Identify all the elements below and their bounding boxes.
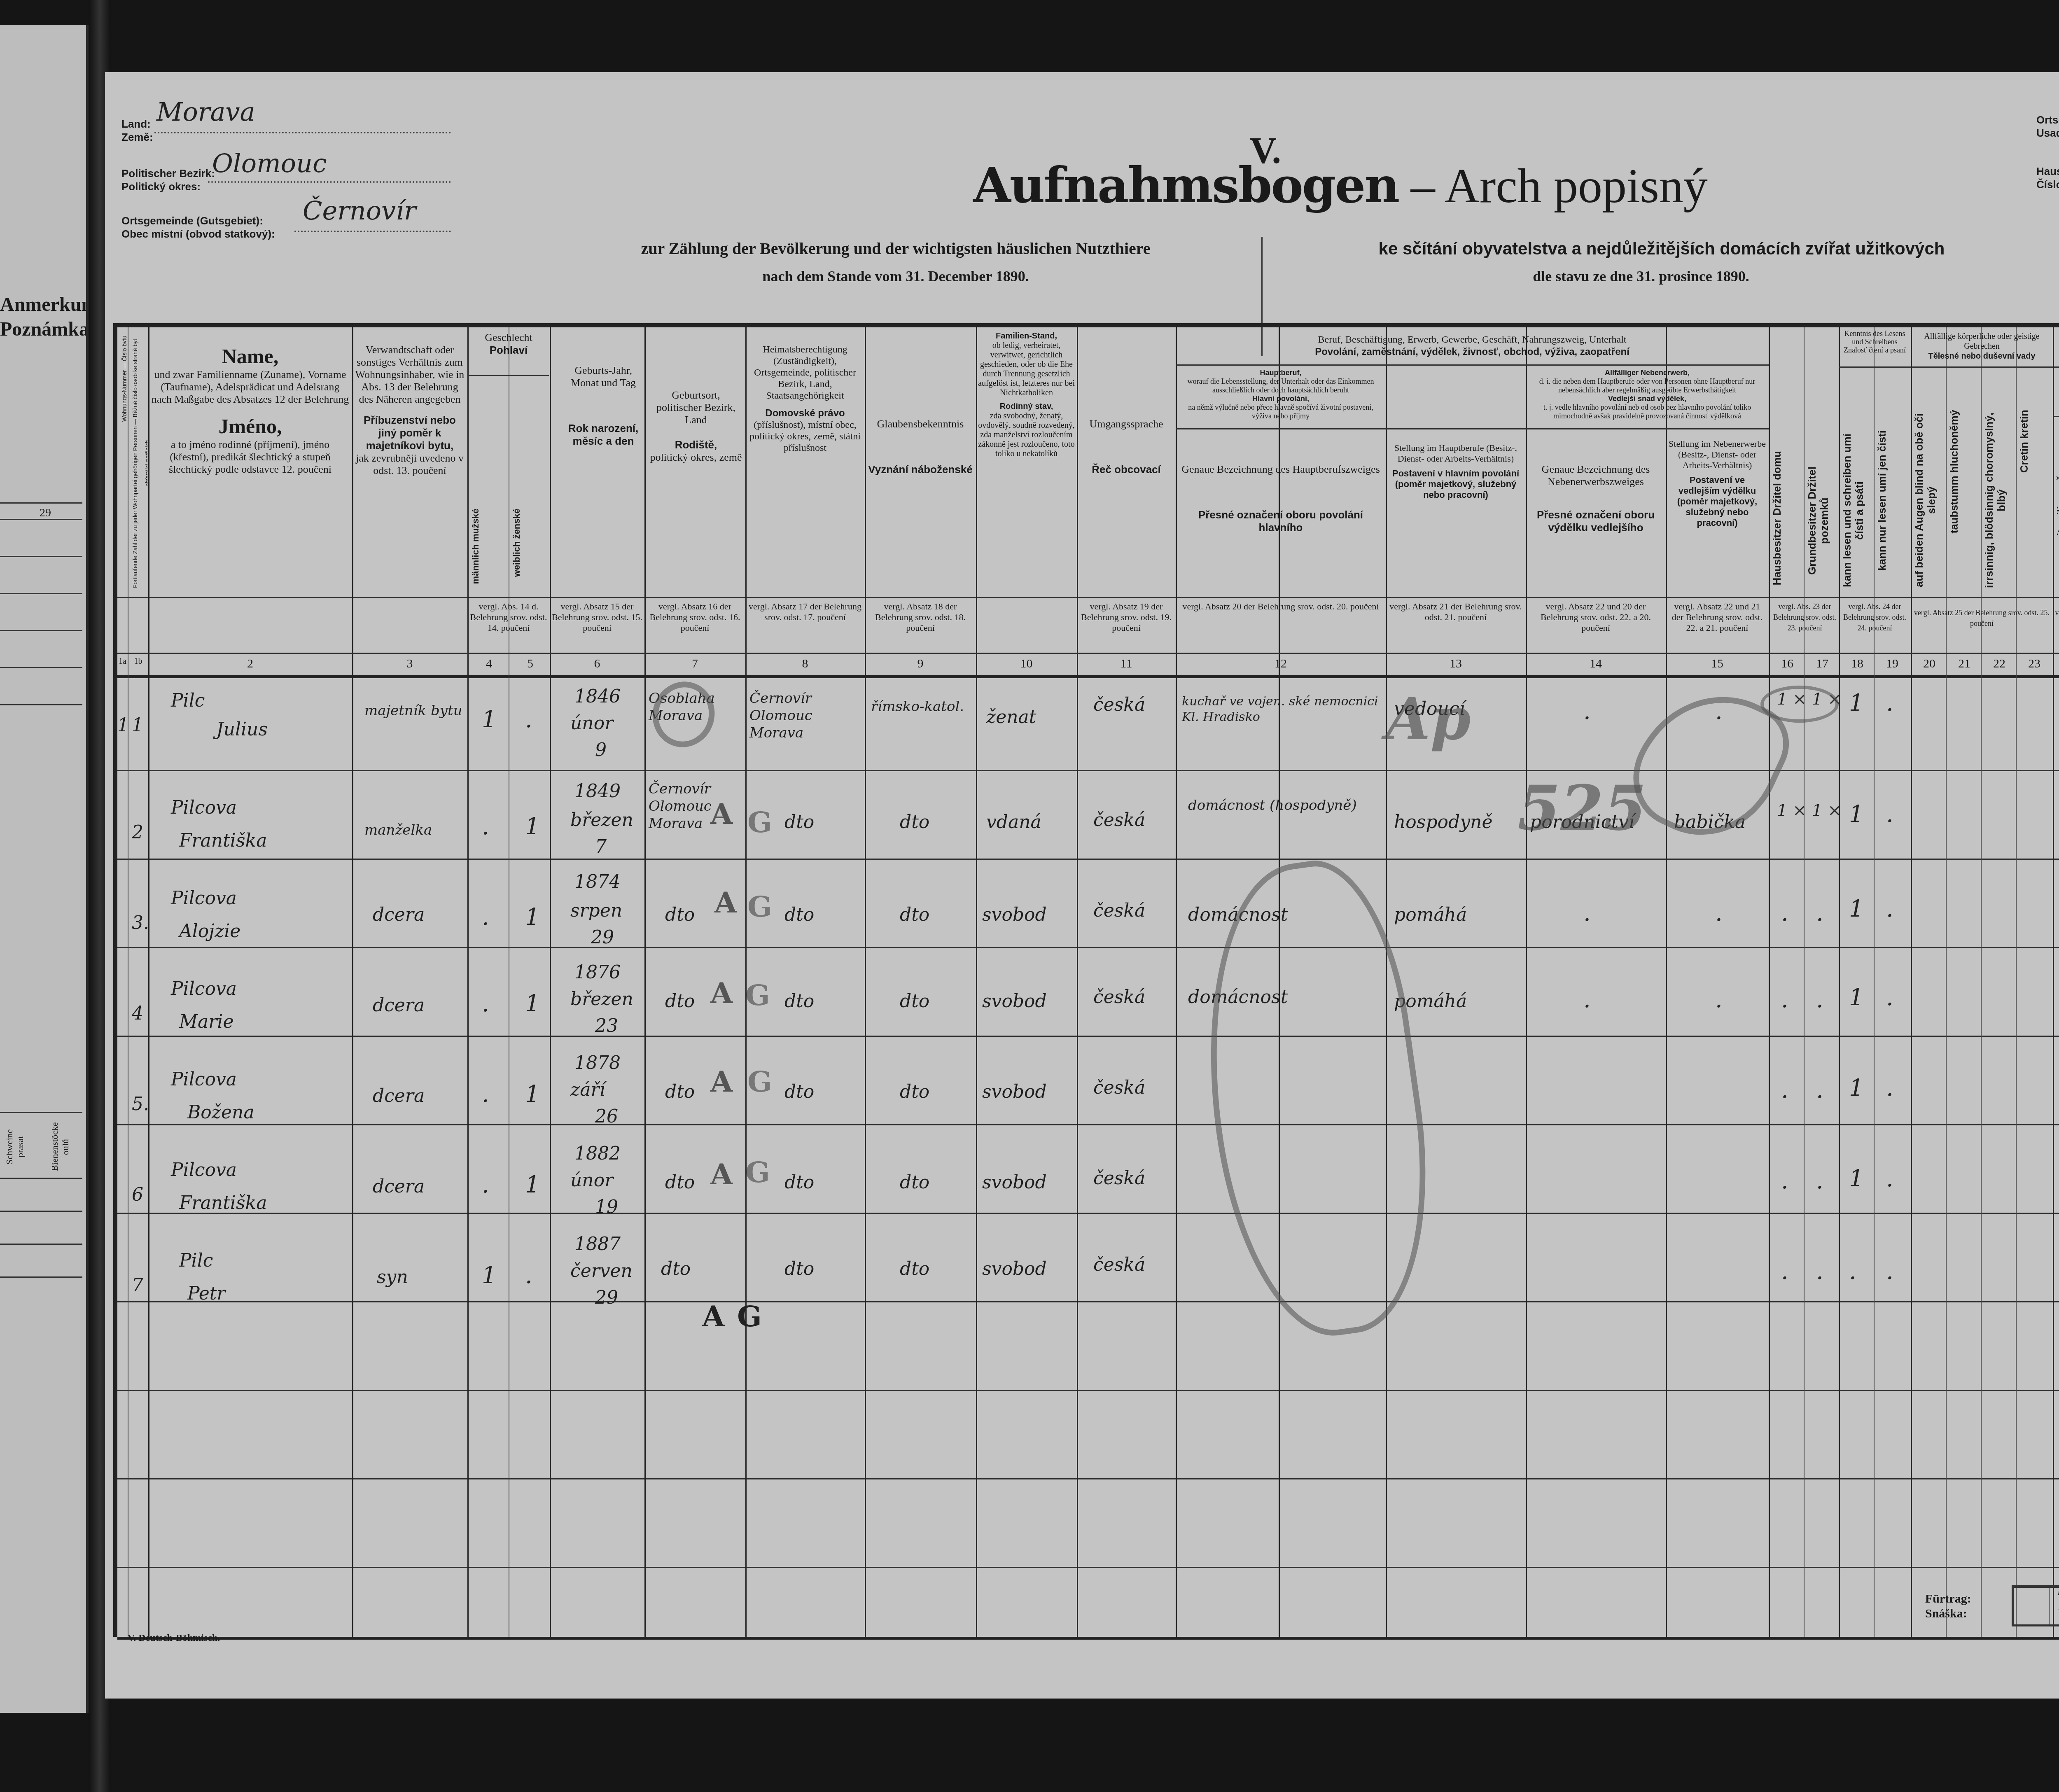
col-22-header: irrsinnig, blödsinnig choromyslný, blbý: [1983, 410, 2008, 591]
birthplace: dto: [665, 1171, 695, 1194]
birth-month: červen: [570, 1260, 633, 1282]
ref-col-12: vergl. Absatz 20 der Belehrung srov. ods…: [1178, 601, 1384, 612]
col-20-header: auf beiden Augen blind na obě oči slepý: [1913, 410, 1938, 591]
stamp-a: A: [710, 1157, 733, 1191]
carry-over-box: 7: [2012, 1585, 2059, 1626]
previous-page-col-beehives: Bienenstöcke oulů: [49, 1120, 74, 1174]
col-3-header: Verwandtschaft oder sonstiges Verhältnis…: [354, 344, 465, 591]
birth-day: 29: [591, 926, 614, 949]
domicile: Černovír Olomouc Morava: [749, 690, 861, 742]
person-given-name: Alojzie: [179, 920, 240, 943]
stamp-g: G: [747, 1064, 772, 1099]
birth-day: 23: [595, 1015, 618, 1037]
subtitle-cs: ke sčítání obyvatelstva a nejdůležitější…: [1270, 239, 2053, 259]
stamp-a: A: [702, 1299, 724, 1333]
language: česká: [1093, 986, 1145, 1008]
census-table: Wohnungs-Nummer — Číslo bytu Fortlaufend…: [113, 323, 2059, 1637]
col-9-header: GlaubensbekenntnisVyznání náboženské: [867, 418, 974, 591]
stamp-g: G: [747, 805, 772, 839]
district-value: Olomouc: [212, 148, 327, 178]
person-given-name: Františka: [179, 1192, 267, 1214]
domicile: dto: [784, 1081, 814, 1103]
previous-page-remark-heading: Anmerkung Poznámka: [0, 292, 82, 342]
relation: majetník bytu: [364, 702, 463, 719]
religion: dto: [900, 990, 929, 1013]
stamp-a: A: [714, 885, 737, 919]
form-title: Aufnahmsbogen – Arch popisný: [846, 156, 1835, 214]
census-form-page: Land:Země: Morava Politischer Bezirk:Pol…: [105, 72, 2059, 1699]
domicile: dto: [784, 904, 814, 926]
defects-header: Allfällige körperliche oder geistige Geb…: [1913, 331, 2051, 364]
ref-col-9: vergl. Absatz 18 der Belehrung srov. ods…: [867, 601, 974, 633]
birth-year: 1887: [574, 1233, 621, 1255]
domicile: dto: [784, 1258, 814, 1280]
col-16-header: Hausbesitzer Držitel domu: [1771, 451, 1783, 586]
ref-col-18-19: vergl. Abs. 24 der Belehrung srov. odst.…: [1841, 601, 1909, 633]
col-8-header: Heimatsberechtigung (Zuständigkeit), Ort…: [747, 344, 863, 591]
relation: manželka: [364, 821, 432, 839]
language: česká: [1093, 1254, 1145, 1276]
person-surname: Pilc: [171, 690, 205, 712]
ref-col-7: vergl. Absatz 16 der Belehrung srov. ods…: [647, 601, 743, 633]
birth-month: březen: [570, 809, 633, 831]
col-18-header: kann lesen und schreiben umí čísti a psá…: [1841, 430, 1865, 591]
marital-status: svobod: [982, 1258, 1047, 1280]
domicile: dto: [784, 811, 814, 833]
birth-year: 1849: [574, 780, 621, 803]
col-1a-header: Wohnungs-Nummer — Číslo bytu: [118, 336, 127, 422]
occupation-position: pomáhá: [1394, 904, 1467, 926]
locality-label: Ortschaft:Usada:: [2036, 113, 2059, 140]
relation: syn: [377, 1266, 408, 1288]
stamp-g: G: [745, 1155, 770, 1189]
ref-col-4-5: vergl. Abs. 14 d. Belehrung srov. odst. …: [469, 601, 548, 633]
person-surname: Pilcova: [171, 1069, 237, 1091]
domicile: dto: [784, 990, 814, 1013]
birth-day: 7: [595, 836, 607, 858]
side-occupation-header: Allfälliger Nebenerwerb,d. i. die neben …: [1528, 369, 1767, 426]
birthplace: dto: [661, 1258, 691, 1280]
person-given-name: Julius: [216, 719, 268, 741]
birth-month: únor: [570, 712, 613, 735]
person-surname: Pilcova: [171, 887, 237, 910]
col-5-female-header: weiblich ženské: [511, 509, 523, 577]
religion: dto: [900, 1081, 929, 1103]
previous-page-col-pigs: Schweine prasat: [4, 1120, 29, 1174]
relation: dcera: [373, 904, 425, 926]
col-14-header-cs: Přesné označení oboru výdělku vedlejšího: [1537, 509, 1655, 534]
stamp-a: A: [710, 1064, 733, 1099]
religion: dto: [900, 904, 929, 926]
carry-over-label: Fürtrag:Snáška:: [1925, 1591, 1971, 1621]
date-cs: dle stavu ze dne 31. prosince 1890.: [1415, 268, 1868, 285]
occupation-group-header: Beruf, Beschäftigung, Erwerb, Gewerbe, G…: [1178, 334, 1767, 362]
subtitle-de: zur Zählung der Bevölkerung und der wich…: [542, 239, 1250, 258]
ref-col-15: vergl. Absatz 22 und 21 der Belehrung sr…: [1668, 601, 1767, 633]
stamp-g: G: [737, 1299, 762, 1333]
birth-year: 1876: [574, 961, 621, 984]
pencil-number: 525: [1517, 772, 1646, 845]
birth-month: únor: [570, 1169, 613, 1192]
marital-status: svobod: [982, 1081, 1047, 1103]
col-23-header: Cretin kretin: [2018, 410, 2030, 473]
col-15-header: Stellung im Nebenerwerbe (Besitz-, Diens…: [1668, 439, 1767, 591]
ref-col-6: vergl. Absatz 15 der Belehrung srov. ods…: [552, 601, 642, 633]
main-occupation-header: Hauptberuf,worauf die Lebensstellung, de…: [1178, 369, 1384, 426]
birthplace: dto: [665, 1081, 695, 1103]
domicile: dto: [784, 1171, 814, 1194]
col-4-male-header: männlich mužské: [469, 509, 482, 584]
relation: dcera: [373, 1085, 425, 1107]
col-7-header: Geburtsort, politischer Bezirk, LandRodi…: [649, 389, 743, 591]
language: česká: [1093, 1077, 1145, 1099]
language: česká: [1093, 900, 1145, 922]
previous-page-strip: Anmerkung Poznámka 29 Schweine prasat Bi…: [0, 25, 89, 1713]
stamp-g: G: [747, 889, 772, 924]
birth-month: září: [570, 1079, 605, 1101]
birth-year: 1874: [574, 871, 621, 893]
person-surname: Pilc: [179, 1250, 213, 1272]
municipality-value: Černovír: [303, 196, 416, 226]
birthplace: dto: [665, 990, 695, 1013]
birth-day: 26: [595, 1106, 618, 1128]
relation: dcera: [373, 994, 425, 1017]
birth-year: 1846: [574, 686, 621, 708]
person-given-name: Božena: [187, 1101, 254, 1124]
marital-status: vdaná: [986, 811, 1041, 833]
person-given-name: Františka: [179, 830, 267, 852]
stamp-a: A: [710, 976, 733, 1010]
birth-month: březen: [570, 988, 633, 1010]
main-occupation: domácnost (hospodyně): [1188, 797, 1382, 814]
ref-col-16-17: vergl. Abs. 23 der Belehrung srov. odst.…: [1771, 601, 1839, 633]
ref-col-11: vergl. Absatz 19 der Belehrung srov. ods…: [1079, 601, 1174, 633]
person-surname: Pilcova: [171, 797, 237, 819]
present-header: Anwesend Přítomný: [2055, 381, 2059, 414]
col-2-header: Name, und zwar Familienname (Zuname), Vo…: [150, 344, 350, 591]
land-label: Land:Země:: [121, 117, 153, 144]
literacy-header: Kenntnis des Lesens und Schreibens Znalo…: [1841, 329, 1909, 366]
main-occupation: kuchař ve vojen. ské nemocnici Kl. Hradi…: [1182, 694, 1380, 725]
col-17-header: Grundbesitzer Držitel pozemků: [1806, 451, 1830, 591]
marital-status: svobod: [982, 990, 1047, 1013]
occupation-position: hospodyně: [1394, 811, 1492, 833]
person-surname: Pilcova: [171, 1159, 237, 1181]
marital-status: ženat: [986, 706, 1036, 728]
ref-col-24-27: vergl. Absatz 26 der Belehrung srov. ods…: [2055, 607, 2059, 629]
birth-year: 1882: [574, 1143, 621, 1165]
stamp-a: A: [710, 797, 733, 831]
col-12-header-cs: Přesné označení oboru povolání hlavního: [1198, 509, 1363, 534]
birth-year: 1878: [574, 1052, 621, 1074]
birthplace: dto: [665, 904, 695, 926]
person-given-name: Petr: [187, 1283, 225, 1305]
col-21-header: taubstumm hluchoněmý: [1948, 410, 1960, 533]
carry-over-value: 7: [2055, 1590, 2059, 1612]
municipality-label: Ortsgemeinde (Gutsgebiet):Obec místní (o…: [121, 214, 275, 240]
person-given-name: Marie: [179, 1011, 233, 1033]
house-number-label: Haus-Nummer:Číslo domu:: [2036, 165, 2059, 191]
col-19-header: kann nur lesen umí jen čísti: [1876, 430, 1888, 571]
ref-col-14: vergl. Absatz 22 und 20 der Belehrung sr…: [1528, 601, 1664, 633]
stamp-g: G: [745, 978, 770, 1012]
language: česká: [1093, 694, 1145, 716]
col-4-5-header: GeschlechtPohlaví: [469, 331, 548, 369]
relation: dcera: [373, 1176, 425, 1198]
pencil-letters: Ap: [1386, 686, 1471, 753]
ref-col-13: vergl. Absatz 21 der Belehrung srov. ods…: [1388, 601, 1524, 623]
col-1b-header: Fortlaufende Zahl der zu jeder Wohnparte…: [129, 336, 147, 591]
land-value: Morava: [156, 97, 255, 127]
birth-day: 19: [595, 1196, 618, 1218]
col-10-header: Familien-Stand,ob ledig, verheiratet, ve…: [978, 331, 1075, 669]
ref-col-20-23: vergl. Absatz 25 der Belehrung srov. ods…: [1913, 607, 2051, 629]
birth-month: srpen: [570, 900, 622, 922]
col-13-header: Stellung im Hauptberufe (Besitz-, Dienst…: [1388, 443, 1524, 591]
printer-mark: V. Deutsch-Böhmisch.: [128, 1633, 220, 1644]
religion: dto: [900, 1258, 929, 1280]
language: česká: [1093, 1167, 1145, 1190]
religion: dto: [900, 811, 929, 833]
col-24-header: zeitweilig na čas: [2055, 463, 2059, 547]
marital-status: svobod: [982, 1171, 1047, 1194]
person-surname: Pilcova: [171, 978, 237, 1000]
language: česká: [1093, 809, 1145, 831]
ref-col-8: vergl. Absatz 17 der Belehrung srov. ods…: [747, 601, 863, 623]
pencil-scribble: [645, 674, 722, 754]
religion: římsko-katol.: [871, 698, 970, 715]
religion: dto: [900, 1171, 929, 1194]
col-11-header: UmgangsspracheŘeč obcovací: [1079, 418, 1174, 591]
birth-day: 29: [595, 1287, 618, 1309]
district-label: Politischer Bezirk:Politický okres:: [121, 167, 215, 193]
date-de: nach dem Stande vom 31. December 1890.: [710, 268, 1081, 285]
presence-header: Am 31. December 1890Dne 31. prosince 189…: [2055, 331, 2059, 364]
previous-page-column-number: 29: [16, 506, 74, 520]
pencil-circle: [1760, 686, 1839, 723]
col-6-header: Geburts-Jahr, Monat und TagRok narození,…: [564, 364, 642, 591]
birth-day: 9: [595, 739, 607, 761]
marital-status: svobod: [982, 904, 1047, 926]
